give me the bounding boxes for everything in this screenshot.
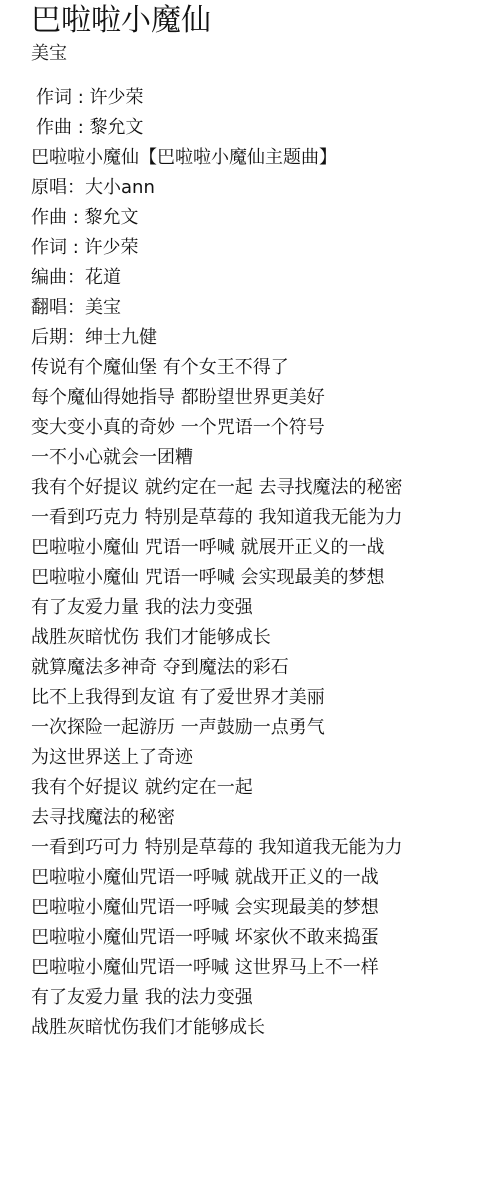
lyric-line: 巴啦啦小魔仙咒语一呼喊 这世界马上不一样 xyxy=(31,953,500,983)
lyric-line: 一看到巧可力 特别是草莓的 我知道我无能为力 xyxy=(31,833,500,863)
lyric-line: 一看到巧克力 特别是草莓的 我知道我无能为力 xyxy=(31,503,500,533)
lyric-line: 为这世界送上了奇迹 xyxy=(31,743,500,773)
lyric-line: 巴啦啦小魔仙咒语一呼喊 坏家伙不敢来捣蛋 xyxy=(31,923,500,953)
lyric-line: 巴啦啦小魔仙咒语一呼喊 就战开正义的一战 xyxy=(31,863,500,893)
lyric-line: 作词 : 许少荣 xyxy=(31,233,500,263)
lyric-line: 变大变小真的奇妙 一个咒语一个符号 xyxy=(31,413,500,443)
lyric-line: 我有个好提议 就约定在一起 去寻找魔法的秘密 xyxy=(31,473,500,503)
lyric-line: 一不小心就会一团糟 xyxy=(31,443,500,473)
lyric-line: 每个魔仙得她指导 都盼望世界更美好 xyxy=(31,383,500,413)
song-title: 巴啦啦小魔仙 xyxy=(31,2,500,40)
lyric-line: 战胜灰暗忧伤 我们才能够成长 xyxy=(31,623,500,653)
lyric-line: 就算魔法多神奇 夺到魔法的彩石 xyxy=(31,653,500,683)
lyric-line: 作曲 : 黎允文 xyxy=(31,203,500,233)
lyric-line: 传说有个魔仙堡 有个女王不得了 xyxy=(31,353,500,383)
artist-name: 美宝 xyxy=(31,42,500,66)
lyric-line: 去寻找魔法的秘密 xyxy=(31,803,500,833)
lyric-line: 战胜灰暗忧伤我们才能够成长 xyxy=(31,1013,500,1043)
lyrics-page: 巴啦啦小魔仙 美宝 作词 : 许少荣 作曲 : 黎允文 巴啦啦小魔仙【巴啦啦小魔… xyxy=(0,2,500,1043)
lyric-line: 作曲 : 黎允文 xyxy=(31,113,500,143)
lyric-line: 有了友爱力量 我的法力变强 xyxy=(31,983,500,1013)
lyric-line: 巴啦啦小魔仙【巴啦啦小魔仙主题曲】 xyxy=(31,143,500,173)
lyric-line: 作词 : 许少荣 xyxy=(31,83,500,113)
lyric-line: 巴啦啦小魔仙咒语一呼喊 会实现最美的梦想 xyxy=(31,893,500,923)
lyric-line: 后期：绅士九健 xyxy=(31,323,500,353)
lyric-line: 原唱：大小ann xyxy=(31,173,500,203)
lyric-line: 我有个好提议 就约定在一起 xyxy=(31,773,500,803)
lyric-line: 巴啦啦小魔仙 咒语一呼喊 就展开正义的一战 xyxy=(31,533,500,563)
lyric-line: 编曲：花道 xyxy=(31,263,500,293)
lyric-line: 有了友爱力量 我的法力变强 xyxy=(31,593,500,623)
lyric-line: 翻唱：美宝 xyxy=(31,293,500,323)
lyric-line: 巴啦啦小魔仙 咒语一呼喊 会实现最美的梦想 xyxy=(31,563,500,593)
lyric-line: 比不上我得到友谊 有了爱世界才美丽 xyxy=(31,683,500,713)
lyric-line: 一次探险一起游历 一声鼓励一点勇气 xyxy=(31,713,500,743)
lyrics-body: 作词 : 许少荣 作曲 : 黎允文 巴啦啦小魔仙【巴啦啦小魔仙主题曲】 原唱：大… xyxy=(31,83,500,1043)
